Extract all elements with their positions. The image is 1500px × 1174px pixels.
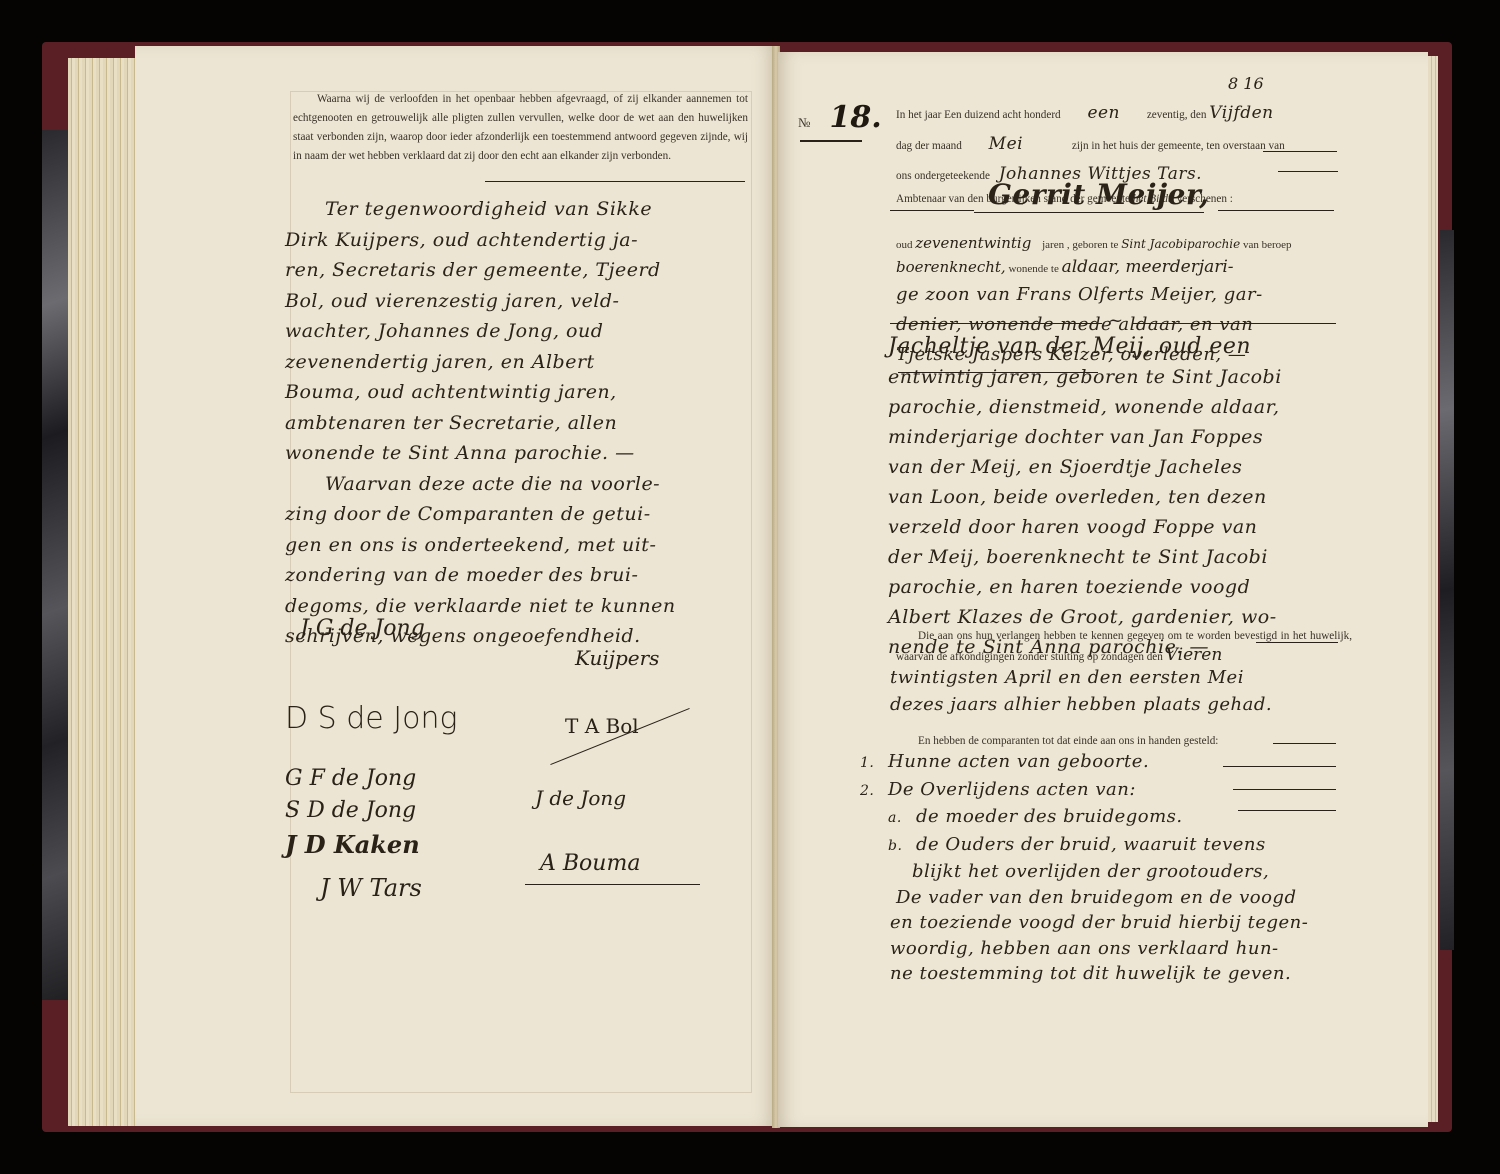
line-fill (1223, 766, 1336, 767)
signature: J G de Jong (300, 616, 425, 641)
banns-paragraph: Die aan ons hun verlangen hebben te kenn… (896, 627, 1352, 667)
right-page: 8 16 № 18. In het jaar Een duizend acht … (778, 52, 1428, 1127)
hand-line: van Loon, beide overleden, ten dezen (888, 482, 1348, 512)
hand-line: zing door de Comparanten de getui- (285, 499, 755, 530)
list-item: De vader van den bruidegom en de voogd (860, 885, 1350, 911)
printed-text: dag der maand (896, 140, 962, 152)
hand-line: gen en ons is onderteekend, met uit- (285, 530, 755, 561)
signature: A Bouma (540, 851, 640, 876)
hand-line: minderjarige dochter van Jan Foppes (888, 422, 1348, 452)
act-number-label: № (798, 115, 810, 130)
signature: T A Bol (565, 714, 639, 738)
corner-note: 8 16 (1228, 74, 1264, 93)
printed-text: ons ondergeteekende (896, 170, 990, 182)
documents-list: 1.Hunne acten van geboorte. 2.De Overlij… (860, 749, 1350, 987)
signature: G F de Jong (285, 766, 416, 791)
groom-name-underline (974, 212, 1204, 213)
act-number-rule (800, 140, 862, 142)
signature: J D Kaken (285, 830, 420, 859)
signature: D S de Jong (285, 701, 457, 736)
hand-line: zondering van de moeder des brui- (285, 560, 755, 591)
list-item: woordig, hebben aan ons verklaard hun- (860, 936, 1350, 962)
hand-line: Bol, oud vierenzestig jaren, veld- (285, 286, 755, 317)
hand-year: een (1063, 103, 1144, 123)
bride-name-line: Jacheltje van der Meij, oud een (888, 332, 1348, 362)
act-number-value: 18. (830, 100, 882, 135)
page-edges-left (68, 58, 138, 1126)
groom-name: Gerrit Meijer, (988, 180, 1209, 211)
hand-line: Dirk Kuijpers, oud achtendertig ja- (285, 225, 755, 256)
act-number: № 18. (798, 100, 882, 135)
hand-line: Ter tegenwoordigheid van Sikke (285, 194, 755, 225)
hand-line: dezes jaars alhier hebben plaats gehad. (890, 691, 1350, 718)
signature: S D de Jong (285, 798, 416, 823)
list-item: 2.De Overlijdens acten van: (860, 777, 1350, 805)
list-item: b.de Ouders der bruid, waaruit tevens (860, 832, 1350, 860)
hand-line: zevenendertig jaren, en Albert (285, 347, 755, 378)
list-item: en toeziende voogd der bruid hierbij teg… (860, 910, 1350, 936)
printed-text: van beroep (1243, 239, 1292, 251)
hand-line: parochie, en haren toeziende voogd (888, 572, 1348, 602)
hand-line: der Meij, boerenknecht te Sint Jacobi (888, 542, 1348, 572)
line-fill (1238, 810, 1336, 811)
hand-groom-job: boerenknecht, (896, 258, 1006, 276)
separator: ~ (1108, 310, 1123, 331)
hand-month: Mei (965, 134, 1069, 154)
hand-day: Vijfden (1209, 103, 1273, 123)
hand-line: wonende te Sint Anna parochie. — (285, 438, 755, 469)
hand-line: ambtenaren ter Secretarie, allen (285, 408, 755, 439)
printed-text: oud (896, 239, 913, 251)
groom-name-rule-right (1218, 210, 1334, 211)
printed-text: zijn in het huis der gemeente, ten overs… (1072, 140, 1285, 152)
hand-line: twintigsten April en den eersten Mei (890, 664, 1350, 691)
separator-rule-right (1133, 323, 1336, 324)
signature: J W Tars (320, 874, 422, 902)
printed-text: In het jaar Een duizend acht honderd (896, 109, 1061, 121)
line-fill (1273, 743, 1336, 744)
banns-hand: twintigsten April en den eersten Mei dez… (890, 664, 1350, 718)
printed-rule (485, 181, 745, 182)
left-page: Waarna wij de verloofden in het openbaar… (135, 46, 775, 1126)
list-item: blijkt het overlijden der grootouders, (860, 859, 1350, 885)
hand-line: wachter, Johannes de Jong, oud (285, 316, 755, 347)
hand-line: Bouma, oud achtentwintig jaren, (285, 377, 755, 408)
bride-name-underline (898, 372, 1098, 373)
line-fill (1263, 151, 1337, 152)
printed-text: En hebben de comparanten tot dat einde a… (918, 735, 1218, 747)
signature: J de Jong (535, 786, 626, 810)
bride-paragraph: Jacheltje van der Meij, oud een entwinti… (888, 332, 1348, 662)
groom-name-rule-left (890, 210, 974, 211)
signature-underline (525, 884, 700, 885)
printed-text: jaren , geboren te (1034, 239, 1118, 251)
printed-text: wonende te (1008, 263, 1058, 275)
hand-banns: Vieren (1166, 645, 1223, 665)
printed-text: Die aan ons hun verlangen hebben te kenn… (896, 630, 1352, 663)
list-item: a.de moeder des bruidegoms. (860, 804, 1350, 832)
hand-line: verzeld door haren voogd Foppe van (888, 512, 1348, 542)
hand-line: Waarvan deze acte die na voorle- (285, 469, 755, 500)
printed-vows-paragraph: Waarna wij de verloofden in het openbaar… (293, 90, 748, 166)
separator-rule-left (890, 323, 1102, 324)
hand-line: van der Meij, en Sjoerdtje Jacheles (888, 452, 1348, 482)
signature: Kuijpers (575, 646, 659, 670)
witness-paragraph: Ter tegenwoordigheid van Sikke Dirk Kuij… (285, 194, 755, 652)
marbled-endpaper-right (1440, 230, 1454, 950)
hand-line: ren, Secretaris der gemeente, Tjeerd (285, 255, 755, 286)
hand-line: entwintig jaren, geboren te Sint Jacobi (888, 362, 1348, 392)
line-fill (1233, 789, 1336, 790)
list-item: ne toestemming tot dit huwelijk te geven… (860, 961, 1350, 987)
hand-line: parochie, dienstmeid, wonende aldaar, (888, 392, 1348, 422)
hand-groom-birthplace: Sint Jacobiparochie (1121, 237, 1240, 251)
hand-groom-age: zevenentwintig (915, 234, 1031, 252)
list-item: 1.Hunne acten van geboorte. (860, 749, 1350, 777)
hand-line: aldaar, meerderjari- (1062, 257, 1234, 277)
hand-line: ge zoon van Frans Olferts Meijer, gar- (896, 280, 1352, 310)
printed-text: zeventig, den (1147, 109, 1207, 121)
line-fill (1278, 171, 1338, 172)
